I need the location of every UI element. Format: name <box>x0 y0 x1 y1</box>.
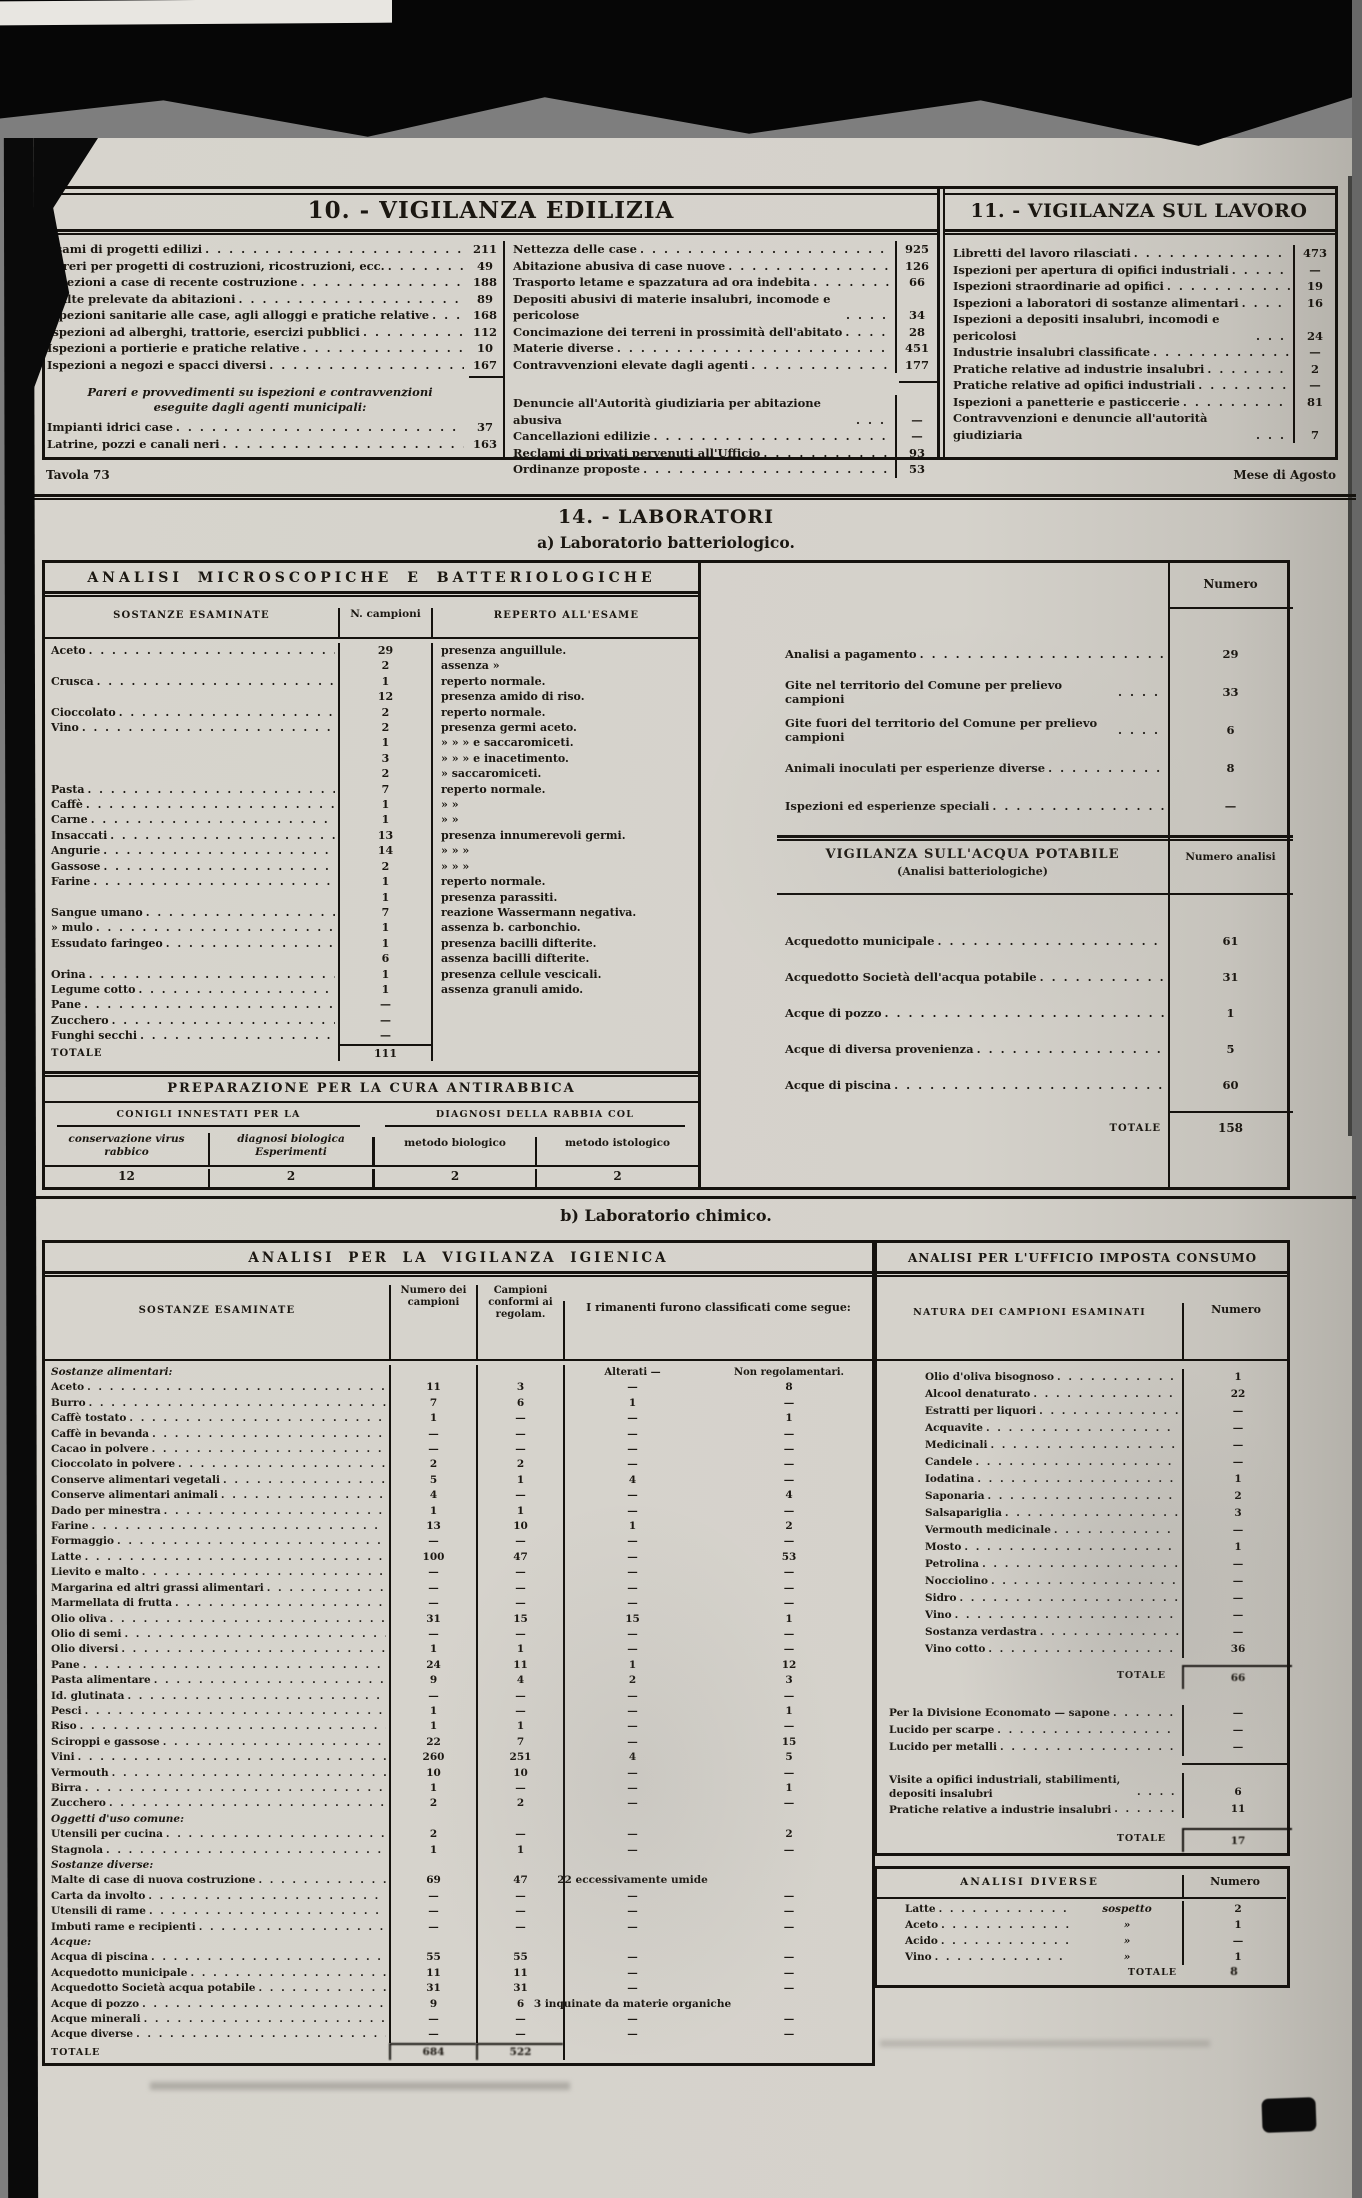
label-cell: Sostanza verdastra <box>877 1624 1182 1641</box>
substance-cell: Aceto <box>45 643 338 658</box>
stat-value: 5 <box>1168 1031 1293 1067</box>
altered-cell: — <box>563 1920 700 1935</box>
stat-value: 19 <box>1293 278 1335 295</box>
substance-cell: Angurie <box>45 843 338 858</box>
samples-cell: 13 <box>389 1519 476 1534</box>
stat-value: 36 <box>1182 1641 1292 1658</box>
stat-label: Abitazione abusiva di case nuove <box>513 258 725 275</box>
nonreg-cell <box>700 1873 878 1888</box>
report-cell: assenza bacilli difterite. <box>433 951 698 966</box>
altered-cell: — <box>563 1457 700 1472</box>
samples-cell: 22 <box>389 1735 476 1750</box>
altered-cell: — <box>563 1504 700 1519</box>
nonreg-cell: 1 <box>700 1781 878 1796</box>
dot-leader <box>1198 377 1290 394</box>
edilizia-col2-list: Nettezza delle case 925 Abitazione abusi… <box>513 241 937 373</box>
stat-row: Ispezioni a portierie e pratiche relativ… <box>47 340 503 357</box>
stat-row: Contravvenzioni elevate dagli agenti 177 <box>513 357 937 374</box>
stat-value: — <box>1182 1607 1292 1624</box>
substance-label: Crusca <box>51 674 94 689</box>
samples-cell: — <box>389 1581 476 1596</box>
chem-row: Acqua di piscina 55 55 — — <box>45 1950 872 1965</box>
stat-label: Concimazione dei terreni in prossimità d… <box>513 324 842 341</box>
nonreg-cell: — <box>700 1504 878 1519</box>
dot-leader <box>85 1781 386 1796</box>
stat-value: 22 <box>1182 1386 1292 1403</box>
dot-leader <box>82 720 335 735</box>
substance-cell: Acquedotto municipale <box>45 1966 389 1981</box>
dot-leader <box>136 2027 386 2042</box>
label-cell: Acido <box>877 1933 1072 1949</box>
rule <box>943 193 1335 195</box>
label-cell: Acquavite <box>877 1420 1182 1437</box>
micro-row: Aceto 29 presenza anguillule. <box>45 643 698 658</box>
samples-cell: 2 <box>338 766 433 781</box>
substance-cell: Pane <box>45 997 338 1012</box>
substance-cell: Olio diversi <box>45 1642 389 1657</box>
report-cell: reperto normale. <box>433 874 698 889</box>
stat-label: Ispezioni a panetterie e pasticcerie <box>953 394 1180 411</box>
substance-label: Stagnola <box>51 1843 103 1858</box>
samples-cell <box>389 1812 476 1827</box>
brace-rule <box>385 1125 685 1127</box>
chem-right-rows: Olio d'oliva bisognoso 1 Alcool denatura… <box>877 1369 1288 1658</box>
substance-label: Cioccolato in polvere <box>51 1457 175 1472</box>
conform-cell: 55 <box>476 1950 563 1965</box>
stat-value: 89 <box>467 291 503 308</box>
stat-row: Ispezioni a negozi e spacci diversi 167 <box>47 357 503 374</box>
substance-label: Caffè in bevanda <box>51 1427 149 1442</box>
stat-label: Materie diverse <box>513 340 614 357</box>
dot-leader <box>363 324 464 341</box>
dot-leader <box>164 1504 386 1519</box>
stat-value: — <box>1182 1933 1292 1949</box>
nonreg-cell: — <box>700 1920 878 1935</box>
edilizia-col1b-list: Impianti idrici case 37 Latrine, pozzi e… <box>47 419 503 452</box>
chem-left-rows: Sostanze alimentari: Alterati — Non rego… <box>45 1365 872 2060</box>
substance-cell: Margarina ed altri grassi alimentari <box>45 1581 389 1596</box>
stat-label: Contravvenzioni elevate dagli agenti <box>513 357 748 374</box>
altered-cell: — <box>563 1719 700 1734</box>
lavoro-list: Libretti del lavoro rilasciati 473 Ispez… <box>953 245 1335 443</box>
dot-leader <box>176 419 464 436</box>
chem-row: Sostanze alimentari: Alterati — Non rego… <box>45 1365 872 1380</box>
stat-label: Contravvenzioni e denuncie all'autorità … <box>953 410 1253 443</box>
samples-cell: 69 <box>389 1873 476 1888</box>
chem-igienica-box: ANALISI PER LA VIGILANZA IGIENICA Sostan… <box>42 1240 875 2066</box>
samples-cell: 1 <box>389 1719 476 1734</box>
samples-cell: — <box>389 1442 476 1457</box>
conform-cell: 47 <box>476 1873 563 1888</box>
diverse-total-value: 8 <box>1182 1965 1286 1978</box>
dot-leader <box>103 843 335 858</box>
micro-row: 2 » saccaromiceti. <box>45 766 698 781</box>
substance-label: Utensili di rame <box>51 1904 146 1919</box>
chem-row: Carta da involto — — — — <box>45 1889 872 1904</box>
dot-leader <box>152 1442 386 1457</box>
samples-cell <box>389 1935 476 1950</box>
substance-cell: Id. glutinata <box>45 1689 389 1704</box>
samples-cell: 1 <box>389 1411 476 1426</box>
stat-value: 126 <box>895 258 937 275</box>
stat-row: Ispezioni ad alberghi, trattorie, eserci… <box>47 324 503 341</box>
stat-value: — <box>1182 1403 1292 1420</box>
micro-table-title: ANALISI MICROSCOPICHE E BATTERIOLOGICHE <box>45 570 698 586</box>
substance-cell: Aceto <box>45 1380 389 1395</box>
dot-leader <box>109 1796 386 1811</box>
substance-cell: Utensili di rame <box>45 1904 389 1919</box>
samples-cell: 29 <box>338 643 433 658</box>
dot-leader <box>939 1901 1069 1917</box>
heavy-rule <box>777 835 1293 841</box>
substance-cell: Vino <box>45 720 338 735</box>
stat-row: Petrolina — <box>877 1556 1288 1573</box>
double-rule <box>877 1271 1288 1277</box>
samples-cell: 1 <box>338 982 433 997</box>
stat-value: 2 <box>1182 1901 1292 1917</box>
stat-row: Sostanza verdastra — <box>877 1624 1288 1641</box>
dot-leader <box>1153 344 1290 361</box>
substance-label: Essudato faringeo <box>51 936 163 951</box>
conform-cell: 15 <box>476 1612 563 1627</box>
micro-row: Essudato faringeo 1 presenza bacilli dif… <box>45 936 698 951</box>
stat-row: Vino » 1 <box>877 1949 1286 1965</box>
altered-cell: 3 inquinate da materie organiche <box>563 1997 700 2012</box>
stat-value: 29 <box>1168 635 1293 673</box>
report-cell: » » » e saccaromiceti. <box>433 735 698 750</box>
label-cell: Lucido per scarpe <box>877 1722 1182 1739</box>
chem-row: Aceto 11 3 — 8 <box>45 1380 872 1395</box>
edilizia-subheading: Pareri e provvedimenti su ispezioni e co… <box>65 385 455 415</box>
conform-cell: 1 <box>476 1719 563 1734</box>
stat-label: Lucido per metalli <box>889 1739 997 1756</box>
samples-cell: — <box>389 1427 476 1442</box>
conform-cell: 47 <box>476 1550 563 1565</box>
dot-leader <box>977 1042 1165 1056</box>
note-cell: » <box>1072 1933 1182 1949</box>
substance-label: Totale <box>51 1046 102 1061</box>
dot-leader <box>992 799 1165 813</box>
altered-cell: — <box>563 1627 700 1642</box>
nonreg-cell: 2 <box>700 1827 878 1842</box>
micro-col-substances: Sostanze esaminate <box>45 610 338 621</box>
stat-value: 188 <box>467 274 503 291</box>
substance-label: Zucchero <box>51 1796 106 1811</box>
dot-leader <box>163 1735 386 1750</box>
dot-leader <box>728 258 892 275</box>
dot-leader <box>941 1917 1069 1933</box>
dot-leader <box>1039 1403 1179 1420</box>
substance-cell: Imbuti rame e recipienti <box>45 1920 389 1935</box>
altered-cell: — <box>563 1380 700 1395</box>
stat-label: Ispezioni a laboratori di sostanze alime… <box>953 295 1239 312</box>
samples-cell: 5 <box>389 1473 476 1488</box>
substance-cell: Zucchero <box>45 1013 338 1028</box>
conform-cell <box>476 1812 563 1827</box>
vigilanza-box: 10. - VIGILANZA EDILIZIA 11. - VIGILANZA… <box>42 186 1338 460</box>
micro-col-samples: N. campioni <box>338 608 433 637</box>
substance-cell: » mulo <box>45 920 338 935</box>
dot-leader <box>93 874 335 889</box>
chem-row: Pesci 1 — — 1 <box>45 1704 872 1719</box>
stat-value: 1 <box>1182 1539 1292 1556</box>
conform-cell: — <box>476 1581 563 1596</box>
stat-value: 211 <box>467 241 503 258</box>
stat-row: Acquavite — <box>877 1420 1288 1437</box>
substance-cell <box>45 766 338 781</box>
dot-leader <box>640 241 892 258</box>
dot-leader <box>166 1827 386 1842</box>
report-cell: reperto normale. <box>433 782 698 797</box>
samples-cell: 1 <box>338 936 433 951</box>
dot-leader <box>119 705 335 720</box>
dot-leader <box>856 412 892 429</box>
report-cell: assenza b. carbonchio. <box>433 920 698 935</box>
substance-label: Legume cotto <box>51 982 135 997</box>
economato-rows: Per la Divisione Economato — sapone — Lu… <box>877 1705 1288 1756</box>
altered-cell: — <box>563 1411 700 1426</box>
label-cell: Vino cotto <box>877 1641 1182 1658</box>
micro-col-report: Reperto all'esame <box>435 610 698 621</box>
stat-label: Sidro <box>925 1590 956 1607</box>
stat-row: Estratti per liquori — <box>877 1403 1288 1420</box>
mese-label: Mese di Agosto <box>1100 468 1336 482</box>
label-cell: Iodatina <box>877 1471 1182 1488</box>
stat-label: Aceto <box>905 1917 938 1933</box>
stat-label: Trasporto letame e spazzatura ad ora ind… <box>513 274 810 291</box>
altered-cell: — <box>563 1766 700 1781</box>
dot-leader <box>223 1473 386 1488</box>
samples-cell: — <box>338 997 433 1012</box>
substance-label: Birra <box>51 1781 82 1796</box>
stat-row: Ispezioni per apertura di opifici indust… <box>953 262 1335 279</box>
substance-label: Sostanze alimentari: <box>51 1365 172 1380</box>
stat-label: Libretti del lavoro rilasciati <box>953 245 1131 262</box>
substance-cell <box>45 751 338 766</box>
stat-label: Estratti per liquori <box>925 1403 1036 1420</box>
total-value: 66 <box>1182 1665 1292 1689</box>
rule <box>877 1897 1286 1899</box>
stat-label: Pratiche relative a industrie insalubri <box>889 1803 1111 1817</box>
chem-row: Acquedotto Società acqua potabile 31 31 … <box>45 1981 872 1996</box>
stat-value: 61 <box>1168 923 1293 959</box>
samples-cell: 1 <box>389 1843 476 1858</box>
substance-cell: Pesci <box>45 1704 389 1719</box>
stat-value: — <box>1182 1573 1292 1590</box>
analisi-diverse-box: Analisi diverse Numero Latte sospetto 2 … <box>875 1866 1290 1988</box>
substance-cell: Vini <box>45 1750 389 1765</box>
dot-leader <box>1113 1705 1179 1722</box>
report-cell <box>433 997 698 1012</box>
substance-label: Dado per minestra <box>51 1504 161 1519</box>
chem-row: Malte di case di nuova costruzione 69 47… <box>45 1873 872 1888</box>
stat-label: Gite nel territorio del Comune per preli… <box>785 678 1115 706</box>
substance-cell: Formaggio <box>45 1534 389 1549</box>
label-cell: Lucido per metalli <box>877 1739 1182 1756</box>
micro-row: Gassose 2 » » » <box>45 859 698 874</box>
report-cell <box>433 1013 698 1028</box>
samples-cell: 2 <box>338 658 433 673</box>
nonreg-cell <box>700 1997 878 2012</box>
stat-label: Nocciolino <box>925 1573 988 1590</box>
rule <box>45 1359 872 1361</box>
stat-row: Pareri per progetti di costruzioni, rico… <box>47 258 503 275</box>
samples-cell: 12 <box>338 689 433 704</box>
dot-leader <box>129 1411 386 1426</box>
nonreg-cell: 1 <box>700 1704 878 1719</box>
chem-row: Id. glutinata — — — — <box>45 1689 872 1704</box>
samples-cell: 11 <box>389 1380 476 1395</box>
substance-label: Farine <box>51 1519 89 1534</box>
substance-cell: Legume cotto <box>45 982 338 997</box>
stat-value: 33 <box>1168 673 1293 711</box>
micro-row: Pane — <box>45 997 698 1012</box>
total-value: 17 <box>1182 1828 1292 1852</box>
stat-row: Trasporto letame e spazzatura ad ora ind… <box>513 274 937 291</box>
samples-cell <box>389 1858 476 1873</box>
stat-label: Vino <box>925 1607 952 1624</box>
conform-cell: — <box>476 1827 563 1842</box>
stat-row: Gite fuori del territorio del Comune per… <box>701 711 1293 749</box>
chem-col-substances: Sostanze esaminate <box>45 1305 389 1316</box>
substance-label: Conserve alimentari animali <box>51 1488 218 1503</box>
chem-row: Formaggio — — — — <box>45 1534 872 1549</box>
samples-cell: 31 <box>389 1981 476 1996</box>
chem-row: Acque diverse — — — — <box>45 2027 872 2042</box>
substance-cell: Cioccolato in polvere <box>45 1457 389 1472</box>
samples-cell: 1 <box>389 1704 476 1719</box>
scan-smudge <box>880 2040 1210 2047</box>
stat-label: Acque di diversa provenienza <box>785 1042 974 1056</box>
altered-cell: — <box>563 1642 700 1657</box>
label-cell: Nocciolino <box>877 1573 1182 1590</box>
substance-cell: Pasta <box>45 782 338 797</box>
altered-cell: — <box>563 1565 700 1580</box>
altered-cell: — <box>563 1550 700 1565</box>
substance-cell: Utensili per cucina <box>45 1827 389 1842</box>
substance-label: Utensili per cucina <box>51 1827 163 1842</box>
dot-leader <box>1183 394 1290 411</box>
samples-cell: — <box>389 1565 476 1580</box>
conform-cell: 10 <box>476 1519 563 1534</box>
stat-row: Acque di piscina 60 <box>701 1067 1293 1103</box>
stat-row: Ispezioni straordinarie ad opifici 19 <box>953 278 1335 295</box>
substance-cell: Olio oliva <box>45 1612 389 1627</box>
dot-leader <box>127 1689 386 1704</box>
substance-cell: Vermouth <box>45 1766 389 1781</box>
stat-value: 473 <box>1293 245 1335 262</box>
dot-leader <box>388 258 464 275</box>
micro-row: 12 presenza amido di riso. <box>45 689 698 704</box>
stat-label: Medicinali <box>925 1437 987 1454</box>
substance-cell: Acque di pozzo <box>45 1997 389 2012</box>
stat-row: Alcool denaturato 22 <box>877 1386 1288 1403</box>
nonreg-cell: — <box>700 2012 878 2027</box>
dot-leader <box>112 1766 386 1781</box>
substance-cell: Stagnola <box>45 1843 389 1858</box>
altered-cell <box>563 2043 700 2060</box>
stat-row: Libretti del lavoro rilasciati 473 <box>953 245 1335 262</box>
dot-leader <box>148 1889 386 1904</box>
substance-label: Zucchero <box>51 1013 109 1028</box>
substance-cell: Sostanze diverse: <box>45 1858 389 1873</box>
micro-row: Carne 1 » » <box>45 812 698 827</box>
altered-cell: 2 <box>563 1673 700 1688</box>
substance-label: Carne <box>51 812 88 827</box>
stat-label: Candele <box>925 1454 973 1471</box>
altered-cell: — <box>563 1596 700 1611</box>
dot-leader <box>1033 1386 1179 1403</box>
substance-cell: Conserve alimentari animali <box>45 1488 389 1503</box>
antirabbica-v4: 2 <box>535 1169 698 1187</box>
stat-value: — <box>1293 344 1335 361</box>
nonreg-cell: — <box>700 1889 878 1904</box>
dot-leader <box>152 1427 386 1442</box>
stat-row: Ordinanze proposte 53 <box>513 461 937 478</box>
report-cell: » » » e inacetimento. <box>433 751 698 766</box>
stat-value: 1 <box>1182 1949 1292 1965</box>
stat-value: 7 <box>1293 410 1335 443</box>
chem-row: Burro 7 6 1 — <box>45 1396 872 1411</box>
substance-cell: Marmellata di frutta <box>45 1596 389 1611</box>
stat-value: — <box>1182 1420 1292 1437</box>
dot-leader <box>885 1006 1165 1020</box>
stat-row: Aceto » 1 <box>877 1917 1286 1933</box>
stat-row: Malte prelevate da abitazioni 89 <box>47 291 503 308</box>
dot-leader <box>1256 427 1290 444</box>
stat-value: — <box>1182 1556 1292 1573</box>
section10-title: 10. - VIGILANZA EDILIZIA <box>45 197 937 224</box>
samples-cell: — <box>338 1028 433 1043</box>
samples-cell: — <box>389 1904 476 1919</box>
micro-row: 1 presenza parassiti. <box>45 890 698 905</box>
substance-label: Malte di case di nuova costruzione <box>51 1873 255 1888</box>
substance-label: Pasta alimentare <box>51 1673 151 1688</box>
chem-row: Lievito e malto — — — — <box>45 1565 872 1580</box>
stat-value: — <box>895 428 937 445</box>
stat-value: 37 <box>467 419 503 436</box>
label-cell: Candele <box>877 1454 1182 1471</box>
rule <box>1182 1763 1288 1765</box>
altered-cell: — <box>563 1950 700 1965</box>
stat-value: 1 <box>1182 1471 1292 1488</box>
rule <box>45 1101 698 1103</box>
acqua-total-value: 158 <box>1168 1121 1293 1135</box>
samples-cell: 13 <box>338 828 433 843</box>
nonreg-cell: — <box>700 1689 878 1704</box>
report-cell: presenza innumerevoli germi. <box>433 828 698 843</box>
dot-leader <box>959 1590 1179 1607</box>
report-cell: » saccaromiceti. <box>433 766 698 781</box>
stat-value: 177 <box>895 357 937 374</box>
label-cell: Saponaria <box>877 1488 1182 1505</box>
substance-label: Farine <box>51 874 90 889</box>
double-rule <box>45 591 698 597</box>
substance-cell: Insaccati <box>45 828 338 843</box>
samples-cell: 1 <box>338 890 433 905</box>
stat-value: 81 <box>1293 394 1335 411</box>
nonreg-cell: 8 <box>700 1380 878 1395</box>
dot-leader <box>83 1658 386 1673</box>
substance-cell: Orina <box>45 967 338 982</box>
chem-row: Olio oliva 31 15 15 1 <box>45 1612 872 1627</box>
dot-leader <box>1207 361 1290 378</box>
samples-cell: — <box>389 1889 476 1904</box>
dot-leader <box>935 1949 1069 1965</box>
chem-row: Pane 24 11 1 12 <box>45 1658 872 1673</box>
chem-right-title: ANALISI PER L'UFFICIO IMPOSTA CONSUMO <box>877 1251 1288 1265</box>
stat-label: Ispezioni a negozi e spacci diversi <box>47 357 266 374</box>
